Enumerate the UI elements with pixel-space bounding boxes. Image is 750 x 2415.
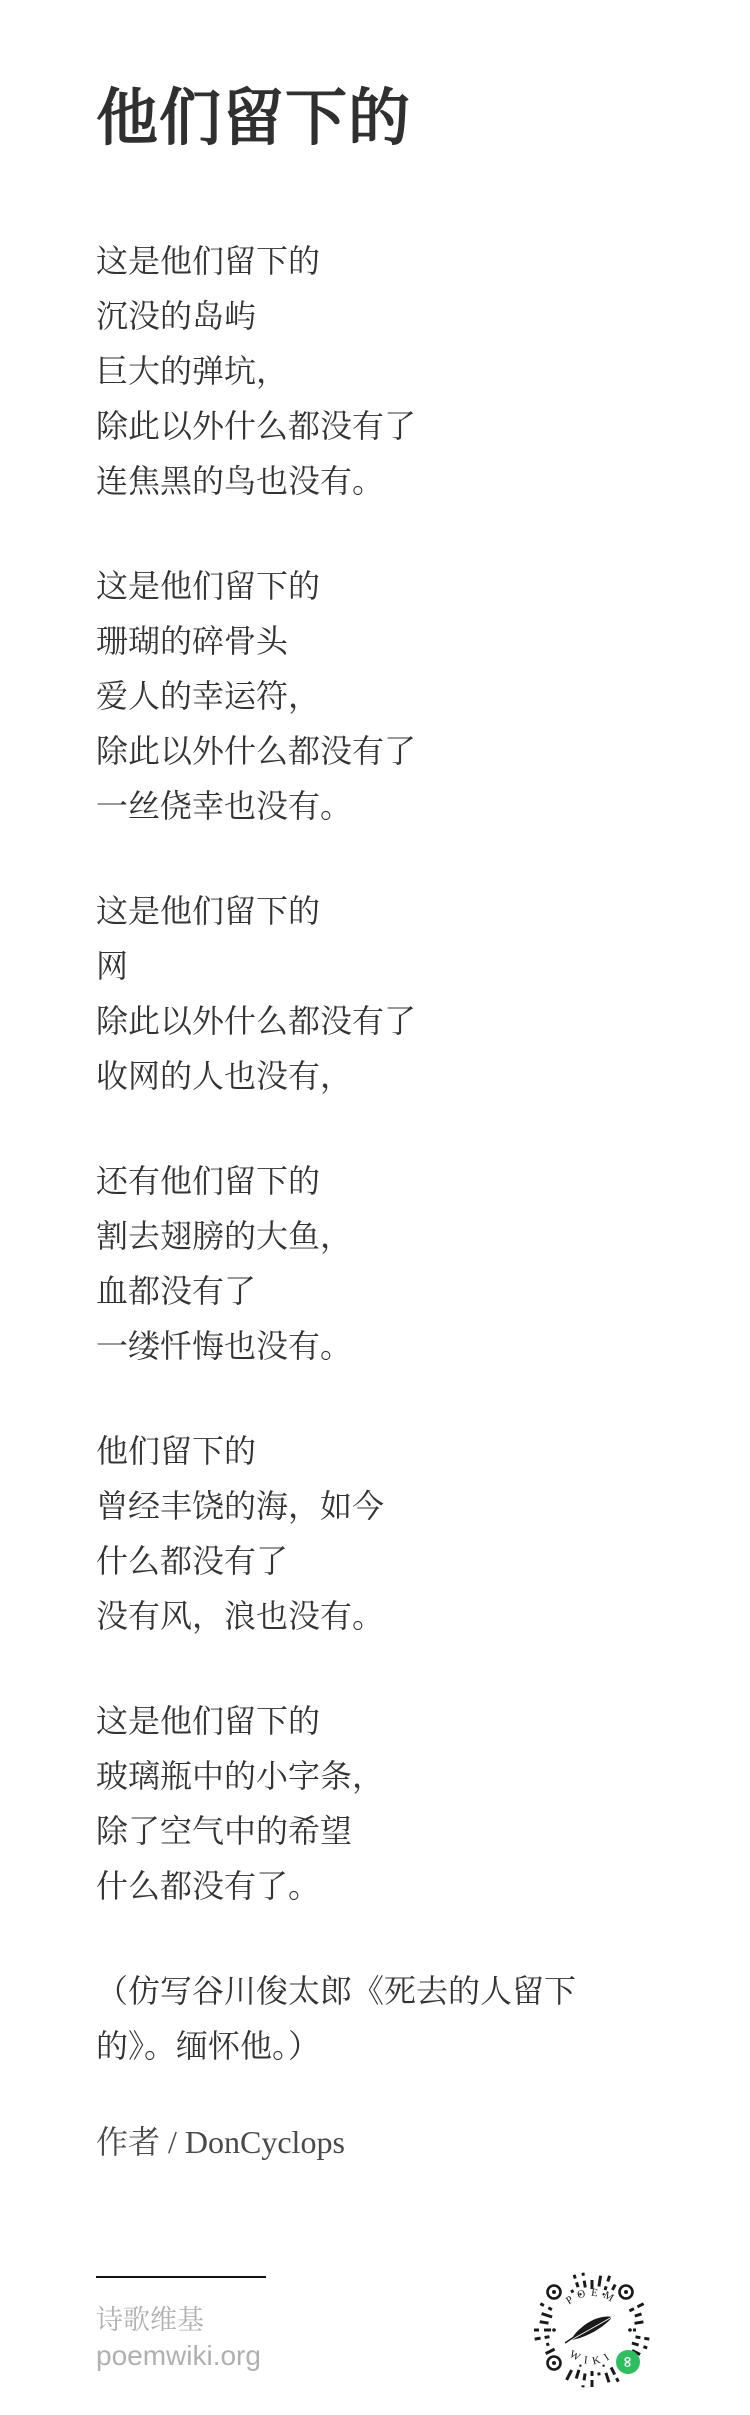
poemwiki-qr-code[interactable]: POEM WIKI — [530, 2268, 654, 2392]
poem-line: 沉没的岛屿 — [96, 289, 596, 344]
poem-line: 玻璃瓶中的小字条， — [96, 1749, 596, 1804]
poem-line: 除此以外什么都没有了 — [96, 994, 596, 1049]
poem-line: 一丝侥幸也没有。 — [96, 779, 596, 834]
poem-line: 巨大的弹坑， — [96, 344, 596, 399]
poem-line: 没有风，浪也没有。 — [96, 1589, 596, 1644]
stanza: 还有他们留下的割去翅膀的大鱼，血都没有了一缕忏悔也没有。 — [96, 1154, 596, 1374]
poem-line: 除了空气中的希望 — [96, 1804, 596, 1859]
stanza: 这是他们留下的沉没的岛屿巨大的弹坑，除此以外什么都没有了连焦黑的鸟也没有。 — [96, 234, 596, 509]
poem-line: 什么都没有了 — [96, 1534, 596, 1589]
wechat-mini-program-icon: ∞ — [616, 2350, 640, 2374]
stanza: 这是他们留下的珊瑚的碎骨头爱人的幸运符，除此以外什么都没有了一丝侥幸也没有。 — [96, 559, 596, 834]
poem-line: 血都没有了 — [96, 1264, 596, 1319]
poem-line: 爱人的幸运符， — [96, 669, 596, 724]
stanza: 这是他们留下的网除此以外什么都没有了收网的人也没有， — [96, 884, 596, 1104]
qr-finder-top-left — [544, 2282, 564, 2302]
logo-bottom-text: WIKI — [567, 2348, 616, 2368]
poem-line: 这是他们留下的 — [96, 884, 596, 939]
logo-left-dot — [552, 2328, 556, 2332]
feather-icon — [565, 2317, 612, 2343]
poem-line: 这是他们留下的 — [96, 1694, 596, 1749]
poem-line: 这是他们留下的 — [96, 559, 596, 614]
poem-line: 网 — [96, 939, 596, 994]
poem-title: 他们留下的 — [96, 86, 620, 152]
qr-finder-bottom-left — [544, 2353, 564, 2373]
poem-line: 这是他们留下的 — [96, 234, 596, 289]
poem-body: 这是他们留下的沉没的岛屿巨大的弹坑，除此以外什么都没有了连焦黑的鸟也没有。这是他… — [96, 234, 596, 1914]
poem-line: 除此以外什么都没有了 — [96, 399, 596, 454]
stanza: 他们留下的曾经丰饶的海，如今什么都没有了没有风，浪也没有。 — [96, 1424, 596, 1644]
poem-line: 他们留下的 — [96, 1424, 596, 1479]
stanza: 这是他们留下的玻璃瓶中的小字条，除了空气中的希望什么都没有了。 — [96, 1694, 596, 1914]
logo-right-dot — [628, 2328, 632, 2332]
qr-sunburst: POEM WIKI — [530, 2268, 654, 2392]
poem-line: 割去翅膀的大鱼， — [96, 1209, 596, 1264]
poem-line: 珊瑚的碎骨头 — [96, 614, 596, 669]
poem-line: 除此以外什么都没有了 — [96, 724, 596, 779]
poem-line: 曾经丰饶的海，如今 — [96, 1479, 596, 1534]
author-line: 作者 / DonCyclops — [96, 2120, 620, 2164]
poem-page: 他们留下的 这是他们留下的沉没的岛屿巨大的弹坑，除此以外什么都没有了连焦黑的鸟也… — [0, 0, 620, 2374]
poem-line: 连焦黑的鸟也没有。 — [96, 454, 596, 509]
footer-divider — [96, 2276, 266, 2278]
poem-line: 一缕忏悔也没有。 — [96, 1319, 596, 1374]
poem-line: 还有他们留下的 — [96, 1154, 596, 1209]
qr-finder-top-right — [616, 2282, 636, 2302]
poem-line: 收网的人也没有， — [96, 1049, 596, 1104]
svg-text:∞: ∞ — [619, 2356, 637, 2369]
poem-note: （仿写谷川俊太郎《死去的人留下的》。缅怀他。） — [96, 1964, 596, 2074]
poem-line: 什么都没有了。 — [96, 1859, 596, 1914]
